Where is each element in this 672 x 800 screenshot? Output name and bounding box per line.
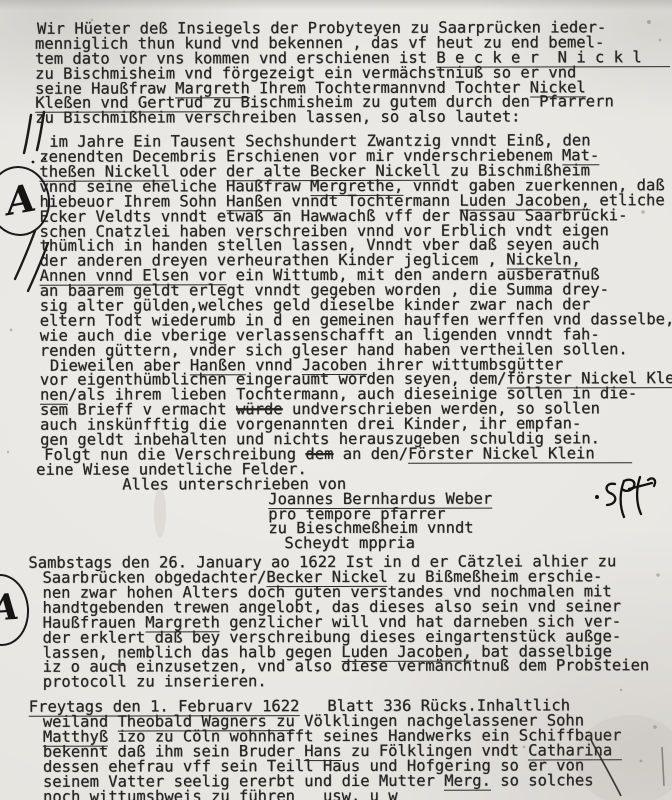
text-segment: Scheydt mppria [284, 534, 415, 552]
text-segment: zu Bischmißheim verschreiben lassen, so … [35, 108, 520, 127]
circled-a-letter-1: A [2, 174, 39, 223]
text-segment: protocoll zu inserieren. [43, 672, 267, 691]
p2-testament-1621: im Jahre Ein Tausent Sechshundert Zwantz… [0, 133, 672, 358]
document-text: Wir Hüeter deß Insiegels der Probyteyen … [0, 20, 672, 800]
circled-a-letter-2: A [0, 586, 20, 630]
text-segment: an den/ [333, 445, 408, 463]
text-line: zu Bischmißheim verschreiben lassen, so … [35, 109, 671, 126]
text-segment: noch wittumsbweis zu führen usw. u w [43, 786, 398, 800]
p5-signature-block: Joannes Bernhardus Weberpro tempore pfar… [0, 491, 672, 552]
underlined-text: Förster Nickel Klein [408, 444, 632, 464]
text-line: noch wittumsbweis zu führen usw. u w [29, 788, 672, 800]
text-line: Scheydt mppria [36, 535, 672, 552]
underlined-text: Merg. [444, 771, 491, 790]
p6-protocol-1622-01-26: Sambstags den 26. January ao 1622 Ist in… [0, 554, 672, 690]
text-segment: so solches [491, 771, 594, 789]
p1-preamble: Wir Hüeter deß Insiegels der Probyteyen … [0, 20, 671, 126]
p3-wittumb-clause: Dieweilen aber Hanßen vnnd Jacoben ihrer… [0, 357, 672, 478]
plus-mark: + [111, 654, 127, 675]
struck-text: dem [305, 445, 333, 463]
text-line: protocoll zu inserieren. [29, 673, 672, 690]
p7-protocol-1622-02-01: Freytags den 1. Februarv 1622 Blatt 336 … [1, 698, 672, 800]
document-page: Wir Hüeter deß Insiegels der Probyteyen … [0, 0, 672, 800]
